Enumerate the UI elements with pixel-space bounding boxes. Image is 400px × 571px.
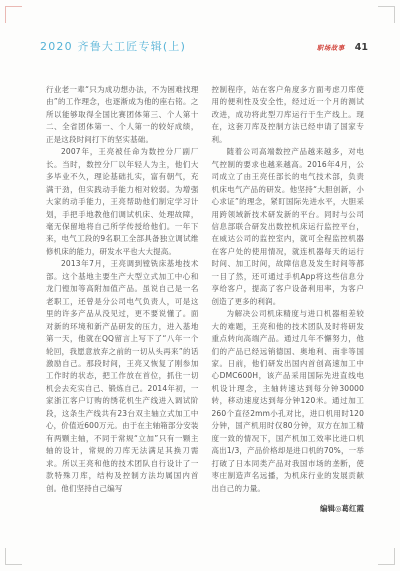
crop-mark-bottom-left — [5, 548, 22, 565]
crop-mark-bottom-right — [378, 548, 395, 565]
crop-mark-top-left — [5, 6, 22, 23]
section-title: 2020 齐鲁大工匠专辑(上) — [40, 38, 186, 54]
paragraph-continuation: 控制程序，站在客户角度多方面考虑刀库使用的便利性及安全性，经过近一个月的测试改进… — [212, 84, 365, 146]
header-right-group: 职场故事 41 — [317, 42, 368, 53]
magazine-page: 2020 齐鲁大工匠专辑(上) 职场故事 41 行业老一辈“只为成功想办法，不为… — [0, 0, 400, 571]
crop-mark-top-right — [378, 6, 395, 23]
right-column: 控制程序，站在客户角度多方面考虑刀库使用的便利性及安全性，经过近一个月的测试改进… — [212, 84, 365, 531]
paragraph-continuation: 行业老一辈“只为成功想办法，不为困难找理由”的工作理念，也逐渐成为他的座右铭。之… — [46, 84, 199, 146]
page-header: 2020 齐鲁大工匠专辑(上) 职场故事 41 — [40, 38, 368, 54]
editor-credit: 编辑◎葛红霞 — [212, 503, 365, 515]
paragraph: 随着公司高端数控产品越来越多，对电气控制的要求也越来越高。2016年4月，公司成… — [212, 146, 365, 308]
column-tag: 职场故事 — [317, 43, 345, 52]
left-column: 行业老一辈“只为成功想办法，不为困难找理由”的工作理念，也逐渐成为他的座右铭。之… — [46, 84, 199, 531]
article-body: 行业老一辈“只为成功想办法，不为困难找理由”的工作理念，也逐渐成为他的座右铭。之… — [46, 84, 364, 531]
paragraph: 为解决公司机床精度与进口机器相差较大的难题，王亮和他的技术团队及时将研发重点转向… — [212, 308, 365, 495]
page-number: 41 — [355, 42, 368, 53]
paragraph: 2007年，王亮被任命为数控分厂副厂长。当时，数控分厂以年轻人为主，他们大多毕业… — [46, 146, 199, 258]
paragraph: 2013年7月，王亮调到镗铣床基地技术部。这个基地主要生产大型立式加工中心和龙门… — [46, 258, 199, 495]
